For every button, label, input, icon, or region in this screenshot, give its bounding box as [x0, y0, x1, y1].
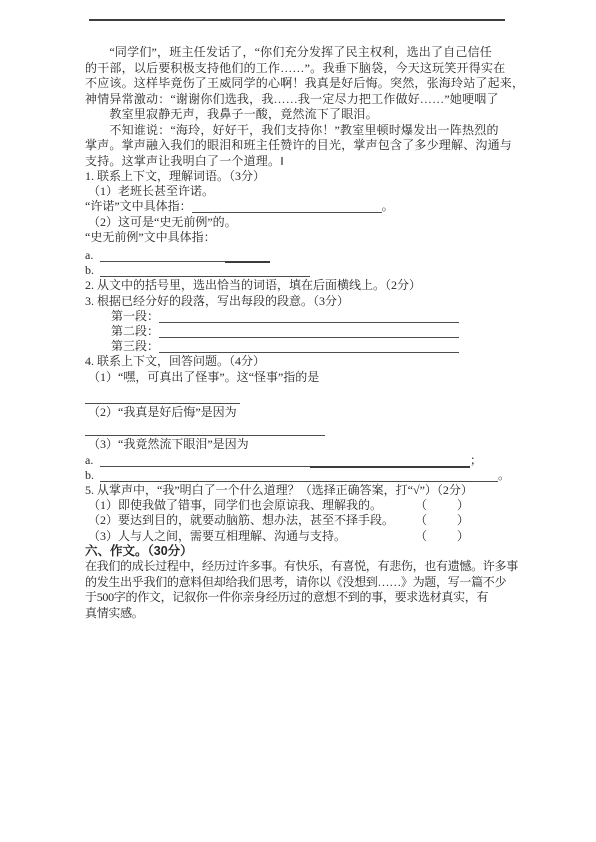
answer-bracket[interactable]: （ ）: [415, 513, 471, 528]
q4-sub1-answer-row: [85, 390, 521, 405]
passage-line: 不应该。这样毕竟伤了王威同学的心啊！我真是好后悔。突然，张海玲站了起来，: [85, 76, 521, 92]
q3-segment3-row: 第三段：: [111, 339, 521, 354]
q1-label: 1. 联系上下文，理解词语。（3分）: [85, 169, 521, 184]
segment2-label: 第二段：: [111, 324, 159, 338]
q2-label: 2. 从文中的括号里，选出恰当的词语，填在后面横线上。（2分）: [85, 278, 521, 293]
answer-blank[interactable]: [192, 201, 382, 213]
answer-blank[interactable]: [85, 392, 240, 404]
item-b-label: b.: [85, 468, 95, 483]
q1-sub1: （1）老班长甚至许诺。: [88, 184, 521, 199]
document-body: “同学们”，班主任发话了，“你们充分发挥了民主权利，选出了自己信任 的干部，以后…: [85, 45, 521, 621]
item-b-label: b.: [85, 263, 95, 278]
q4-sub2-answer-row: [85, 422, 521, 437]
essay-line: 真情实感。: [85, 606, 521, 622]
segment1-label: 第一段：: [111, 309, 159, 323]
question-section: 1. 联系上下文，理解词语。（3分） （1）老班长甚至许诺。 “许诺”文中具体指…: [85, 169, 521, 621]
q4-sub2: （2）“我真是好后悔”是因为: [88, 405, 521, 420]
essay-line: 于500字的作文，记叙你一件你亲身经历过的意想不到的事，要求选材真实，有: [85, 590, 521, 606]
q4-answer-b-row: b.。: [85, 468, 521, 483]
answer-blank[interactable]: [100, 470, 498, 482]
essay-line: 的发生出乎我们的意料但却给我们思考，请你以《没想到……》为题，写一篇不少: [85, 575, 521, 591]
passage-line: 支持。这掌声让我明白了一个道理。‖: [85, 154, 521, 170]
answer-blank[interactable]: [100, 250, 270, 262]
answer-blank[interactable]: [85, 424, 325, 436]
q5-option2-text: （2）要达到目的，就要动脑筋、想办法，甚至不择手段。: [88, 513, 394, 527]
q1-sub1-answer-row: “许诺”文中具体指：。: [85, 199, 521, 214]
q4-sub3: （3）“我竟然流下眼泪”是因为: [88, 437, 521, 452]
item-a-label: a.: [85, 453, 95, 468]
q1-sub2: （2）这可是“史无前例”的。: [88, 215, 521, 230]
passage-line: 的干部，以后要积极支持他们的工作……”。我垂下脑袋，今天这玩笑开得实在: [85, 61, 521, 77]
period: 。: [382, 199, 394, 213]
q1-answer-a-row: a.: [85, 248, 521, 263]
q5-option2-row: （2）要达到目的，就要动脑筋、想办法，甚至不择手段。 （ ）: [88, 513, 521, 528]
item-a-label: a.: [85, 248, 95, 263]
q4-answer-a-row: a.；: [85, 453, 521, 468]
q3-segment1-row: 第一段：: [111, 309, 521, 324]
essay-line: 在我们的成长过程中，经历过许多事。有快乐，有喜悦，有悲伤，也有遗憾。许多事: [85, 559, 521, 575]
q6-heading: 六、作文。（30分）: [85, 544, 521, 559]
q4-sub1: （1）“嘿，可真出了怪事”。这“怪事”指的是: [88, 370, 521, 385]
exam-page: “同学们”，班主任发话了，“你们充分发挥了民主权利，选出了自己信任 的干部，以后…: [0, 0, 596, 842]
answer-blank[interactable]: [100, 455, 470, 467]
passage-line: 掌声。掌声融入我们的眼泪和班主任赞许的目光，掌声包含了多少理解、沟通与: [85, 138, 521, 154]
passage-line: 神情异常激动：“谢谢你们选我，我……我一定尽力把工作做好……”她哽咽了: [85, 92, 521, 108]
semicolon: ；: [470, 453, 482, 467]
q1-sub1-prompt: “许诺”文中具体指：: [85, 199, 192, 213]
page-top-rule: [89, 19, 505, 21]
q5-label: 5. 从掌声中，“我”明白了一个什么道理？（选择正确答案，打“√”）（2分）: [85, 483, 521, 498]
answer-blank[interactable]: [159, 311, 459, 323]
q5-option3-text: （3）人与人之间，需要互相理解、沟通与支持。: [88, 529, 346, 543]
reading-passage: “同学们”，班主任发话了，“你们充分发挥了民主权利，选出了自己信任 的干部，以后…: [85, 45, 521, 169]
q3-segment2-row: 第二段：: [111, 324, 521, 339]
answer-bracket[interactable]: （ ）: [415, 498, 471, 513]
q6-essay-prompt: 在我们的成长过程中，经历过许多事。有快乐，有喜悦，有悲伤，也有遗憾。许多事 的发…: [85, 559, 521, 621]
period: 。: [498, 468, 510, 482]
q1-answer-b-row: b.: [85, 263, 521, 278]
q1-sub2-prompt: “史无前例”文中具体指：: [85, 230, 521, 245]
passage-line: 教室里寂静无声，我鼻子一酸，竟然流下了眼泪。: [85, 107, 521, 123]
q5-option1-row: （1）即使我做了错事，同学们也会原谅我、理解我的。 （ ）: [88, 498, 521, 513]
answer-blank[interactable]: [159, 341, 459, 353]
q5-option3-row: （3）人与人之间，需要互相理解、沟通与支持。 （ ）: [88, 529, 521, 544]
answer-bracket[interactable]: （ ）: [415, 529, 471, 544]
answer-blank[interactable]: [100, 265, 310, 277]
q4-label: 4. 联系上下文，回答问题。（4分）: [85, 354, 521, 369]
passage-line: “同学们”，班主任发话了，“你们充分发挥了民主权利，选出了自己信任: [85, 45, 521, 61]
segment3-label: 第三段：: [111, 339, 159, 353]
passage-line: 不知谁说：“海玲，好好干，我们支持你！”教室里顿时爆发出一阵热烈的: [85, 123, 521, 139]
q3-label: 3. 根据已经分好的段落，写出每段的段意。（3分）: [85, 294, 521, 309]
answer-blank[interactable]: [159, 326, 459, 338]
q5-option1-text: （1）即使我做了错事，同学们也会原谅我、理解我的。: [88, 498, 382, 512]
